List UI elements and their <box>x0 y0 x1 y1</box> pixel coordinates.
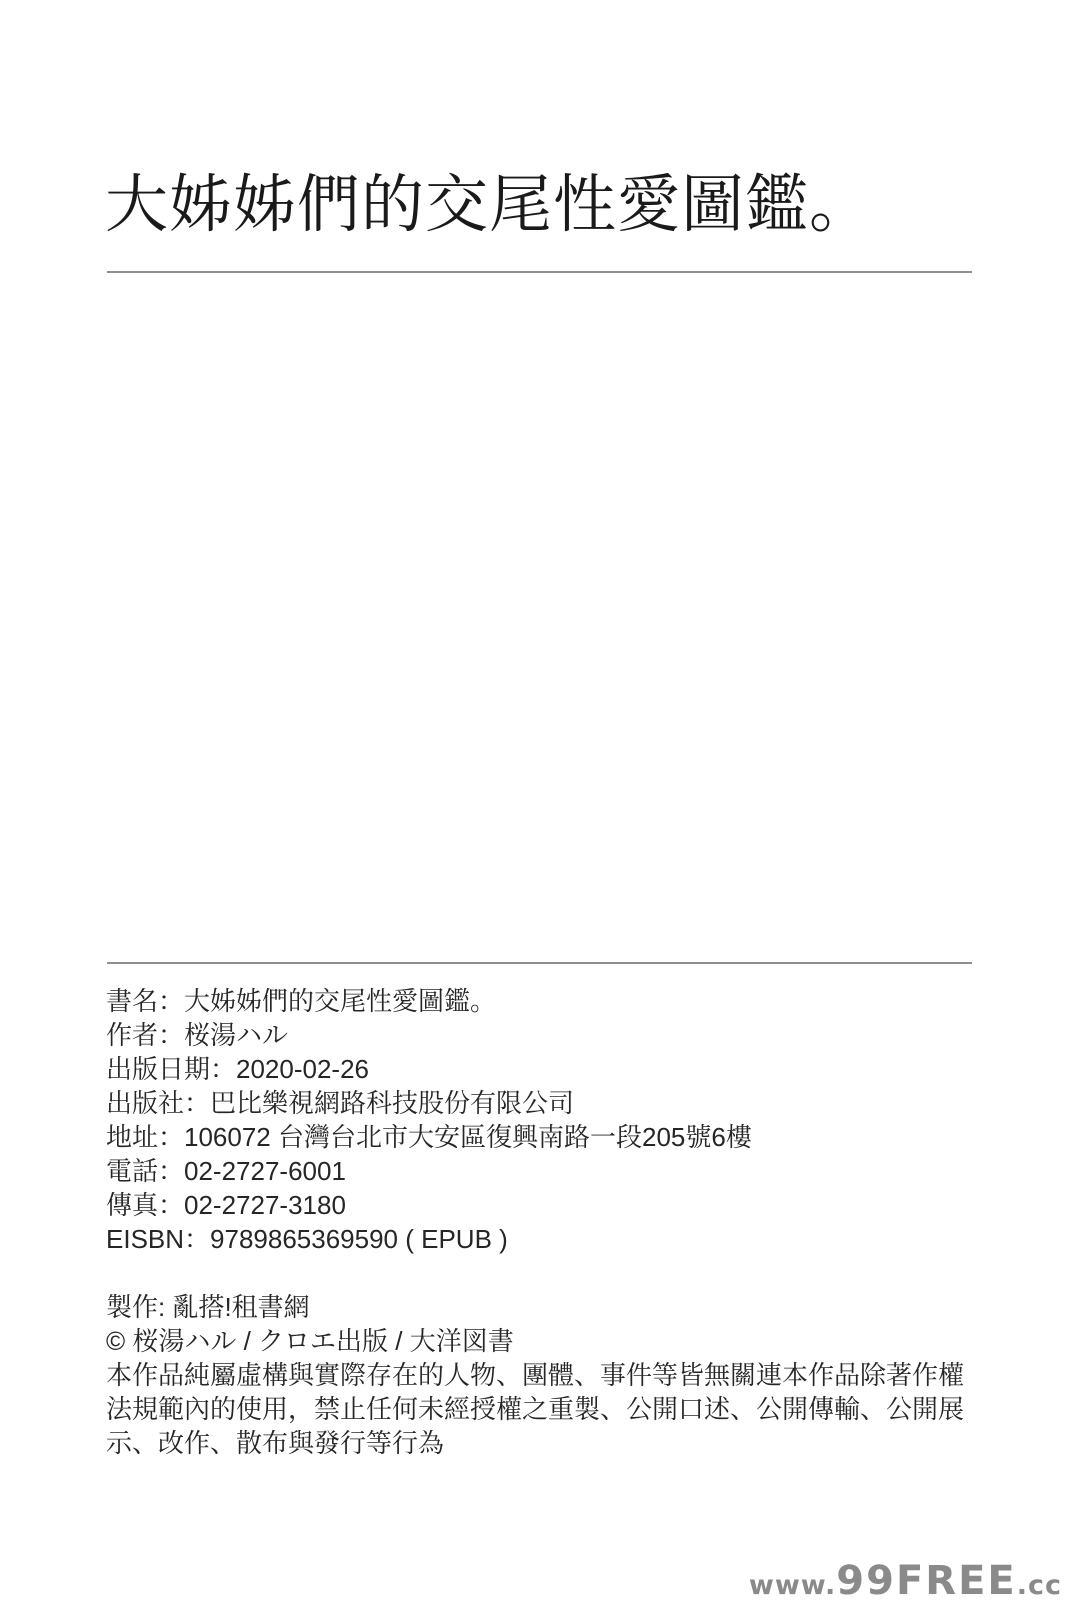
credit-line-copyright: © 桜湯ハル / クロエ出版 / 大洋図書 <box>106 1324 964 1358</box>
detail-line-eisbn: EISBN：9789865369590 ( EPUB ) <box>106 1222 964 1256</box>
disclaimer-line: 法規範內的使用，禁止任何未經授權之重製、公開口述、公開傳輸、公開展 <box>106 1392 964 1426</box>
detail-line-phone: 電話：02-2727-6001 <box>106 1154 964 1188</box>
detail-line-address: 地址：106072 台灣台北市大安區復興南路一段205號6樓 <box>106 1120 964 1154</box>
watermark: www.99FREE.cc <box>749 1558 1062 1604</box>
detail-line-author: 作者：桜湯ハル <box>106 1018 964 1052</box>
detail-line-publish-date: 出版日期：2020-02-26 <box>106 1052 964 1086</box>
title-rule <box>107 271 972 273</box>
colophon-credits: 製作: 亂搭!租書網 © 桜湯ハル / クロエ出版 / 大洋図書 <box>106 1290 964 1358</box>
disclaimer-line: 本作品純屬虛構與實際存在的人物、團體、事件等皆無關連本作品除著作權 <box>106 1358 964 1392</box>
colophon-details: 書名：大姊姊們的交尾性愛圖鑑。 作者：桜湯ハル 出版日期：2020-02-26 … <box>106 984 964 1256</box>
disclaimer-line: 示、改作、散布與發行等行為 <box>106 1426 964 1460</box>
detail-line-fax: 傳真：02-2727-3180 <box>106 1188 964 1222</box>
colophon-disclaimer: 本作品純屬虛構與實際存在的人物、團體、事件等皆無關連本作品除著作權 法規範內的使… <box>106 1358 964 1460</box>
credit-line-production: 製作: 亂搭!租書網 <box>106 1290 964 1324</box>
section-rule <box>107 962 972 964</box>
detail-line-publisher: 出版社：巴比樂視網路科技股份有限公司 <box>106 1086 964 1120</box>
colophon-block: 書名：大姊姊們的交尾性愛圖鑑。 作者：桜湯ハル 出版日期：2020-02-26 … <box>106 984 964 1460</box>
colophon-page: 大姊姊們的交尾性愛圖鑑。 書名：大姊姊們的交尾性愛圖鑑。 作者：桜湯ハル 出版日… <box>0 0 1080 1620</box>
watermark-prefix: www. <box>749 1570 836 1601</box>
detail-line-book-name: 書名：大姊姊們的交尾性愛圖鑑。 <box>106 984 964 1018</box>
watermark-brand: 99FREE <box>836 1558 1016 1604</box>
watermark-suffix: .cc <box>1017 1570 1062 1601</box>
book-title: 大姊姊們的交尾性愛圖鑑。 <box>105 172 873 238</box>
